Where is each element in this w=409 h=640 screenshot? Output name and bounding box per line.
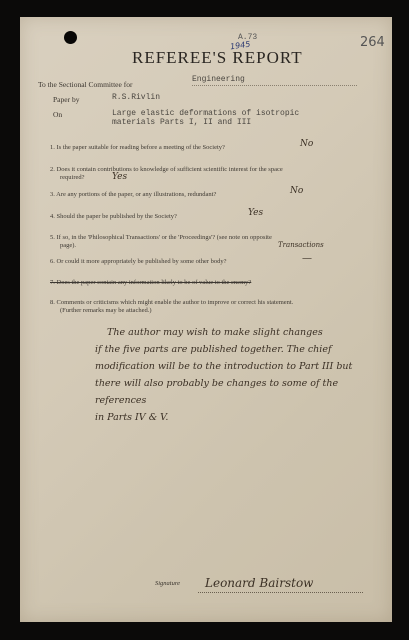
punch-hole <box>64 31 77 44</box>
answer-5: Transactions <box>278 241 324 249</box>
question-2-cont: required? <box>60 174 85 182</box>
question-4: 4. Should the paper be published by the … <box>50 213 177 221</box>
answer-2: Yes <box>112 172 127 182</box>
referee-report-page: A.73 1945 264 REFEREE'S REPORT To the Se… <box>20 17 392 622</box>
question-5-cont: page). <box>60 242 76 250</box>
on-value-line2: materials Parts I, II and III <box>112 118 251 128</box>
committee-label: To the Sectional Committee for <box>38 80 132 89</box>
comment-line: if the five parts are published together… <box>95 341 385 358</box>
answer-6: — <box>302 253 312 264</box>
page-title: REFEREE'S REPORT <box>132 48 303 68</box>
paper-by-label: Paper by <box>53 95 79 104</box>
signature-line <box>198 592 363 593</box>
question-3: 3. Are any portions of the paper, or any… <box>50 191 216 199</box>
question-2: 2. Does it contain contributions to know… <box>50 166 380 174</box>
question-8: 8. Comments or criticisms which might en… <box>50 299 380 307</box>
question-1: 1. Is the paper suitable for reading bef… <box>50 144 225 152</box>
answer-3: No <box>290 186 303 196</box>
answer-1: No <box>300 139 313 149</box>
question-7-struck: 7. Does the paper contain any informatio… <box>50 279 251 287</box>
comment-line: in Parts IV & V. <box>95 409 385 426</box>
comment-line: The author may wish to make slight chang… <box>95 324 385 341</box>
signature-label: Signature <box>155 580 180 587</box>
signature: Leonard Bairstow <box>205 576 313 590</box>
comment-line: modification will be to the introduction… <box>95 358 385 375</box>
answer-4: Yes <box>248 208 263 218</box>
on-label: On <box>53 110 62 119</box>
paper-by-value: R.S.Rivlin <box>112 93 160 103</box>
referee-comments: The author may wish to make slight chang… <box>95 324 385 426</box>
question-5: 5. If so, in the 'Philosophical Transact… <box>50 234 380 242</box>
question-8-cont: (Further remarks may be attached.) <box>60 307 152 315</box>
folio-number: 264 <box>360 35 385 50</box>
committee-value: Engineering <box>192 75 357 86</box>
question-6: 6. Or could it more appropriately be pub… <box>50 258 227 266</box>
comment-line: there will also probably be changes to s… <box>95 375 385 409</box>
